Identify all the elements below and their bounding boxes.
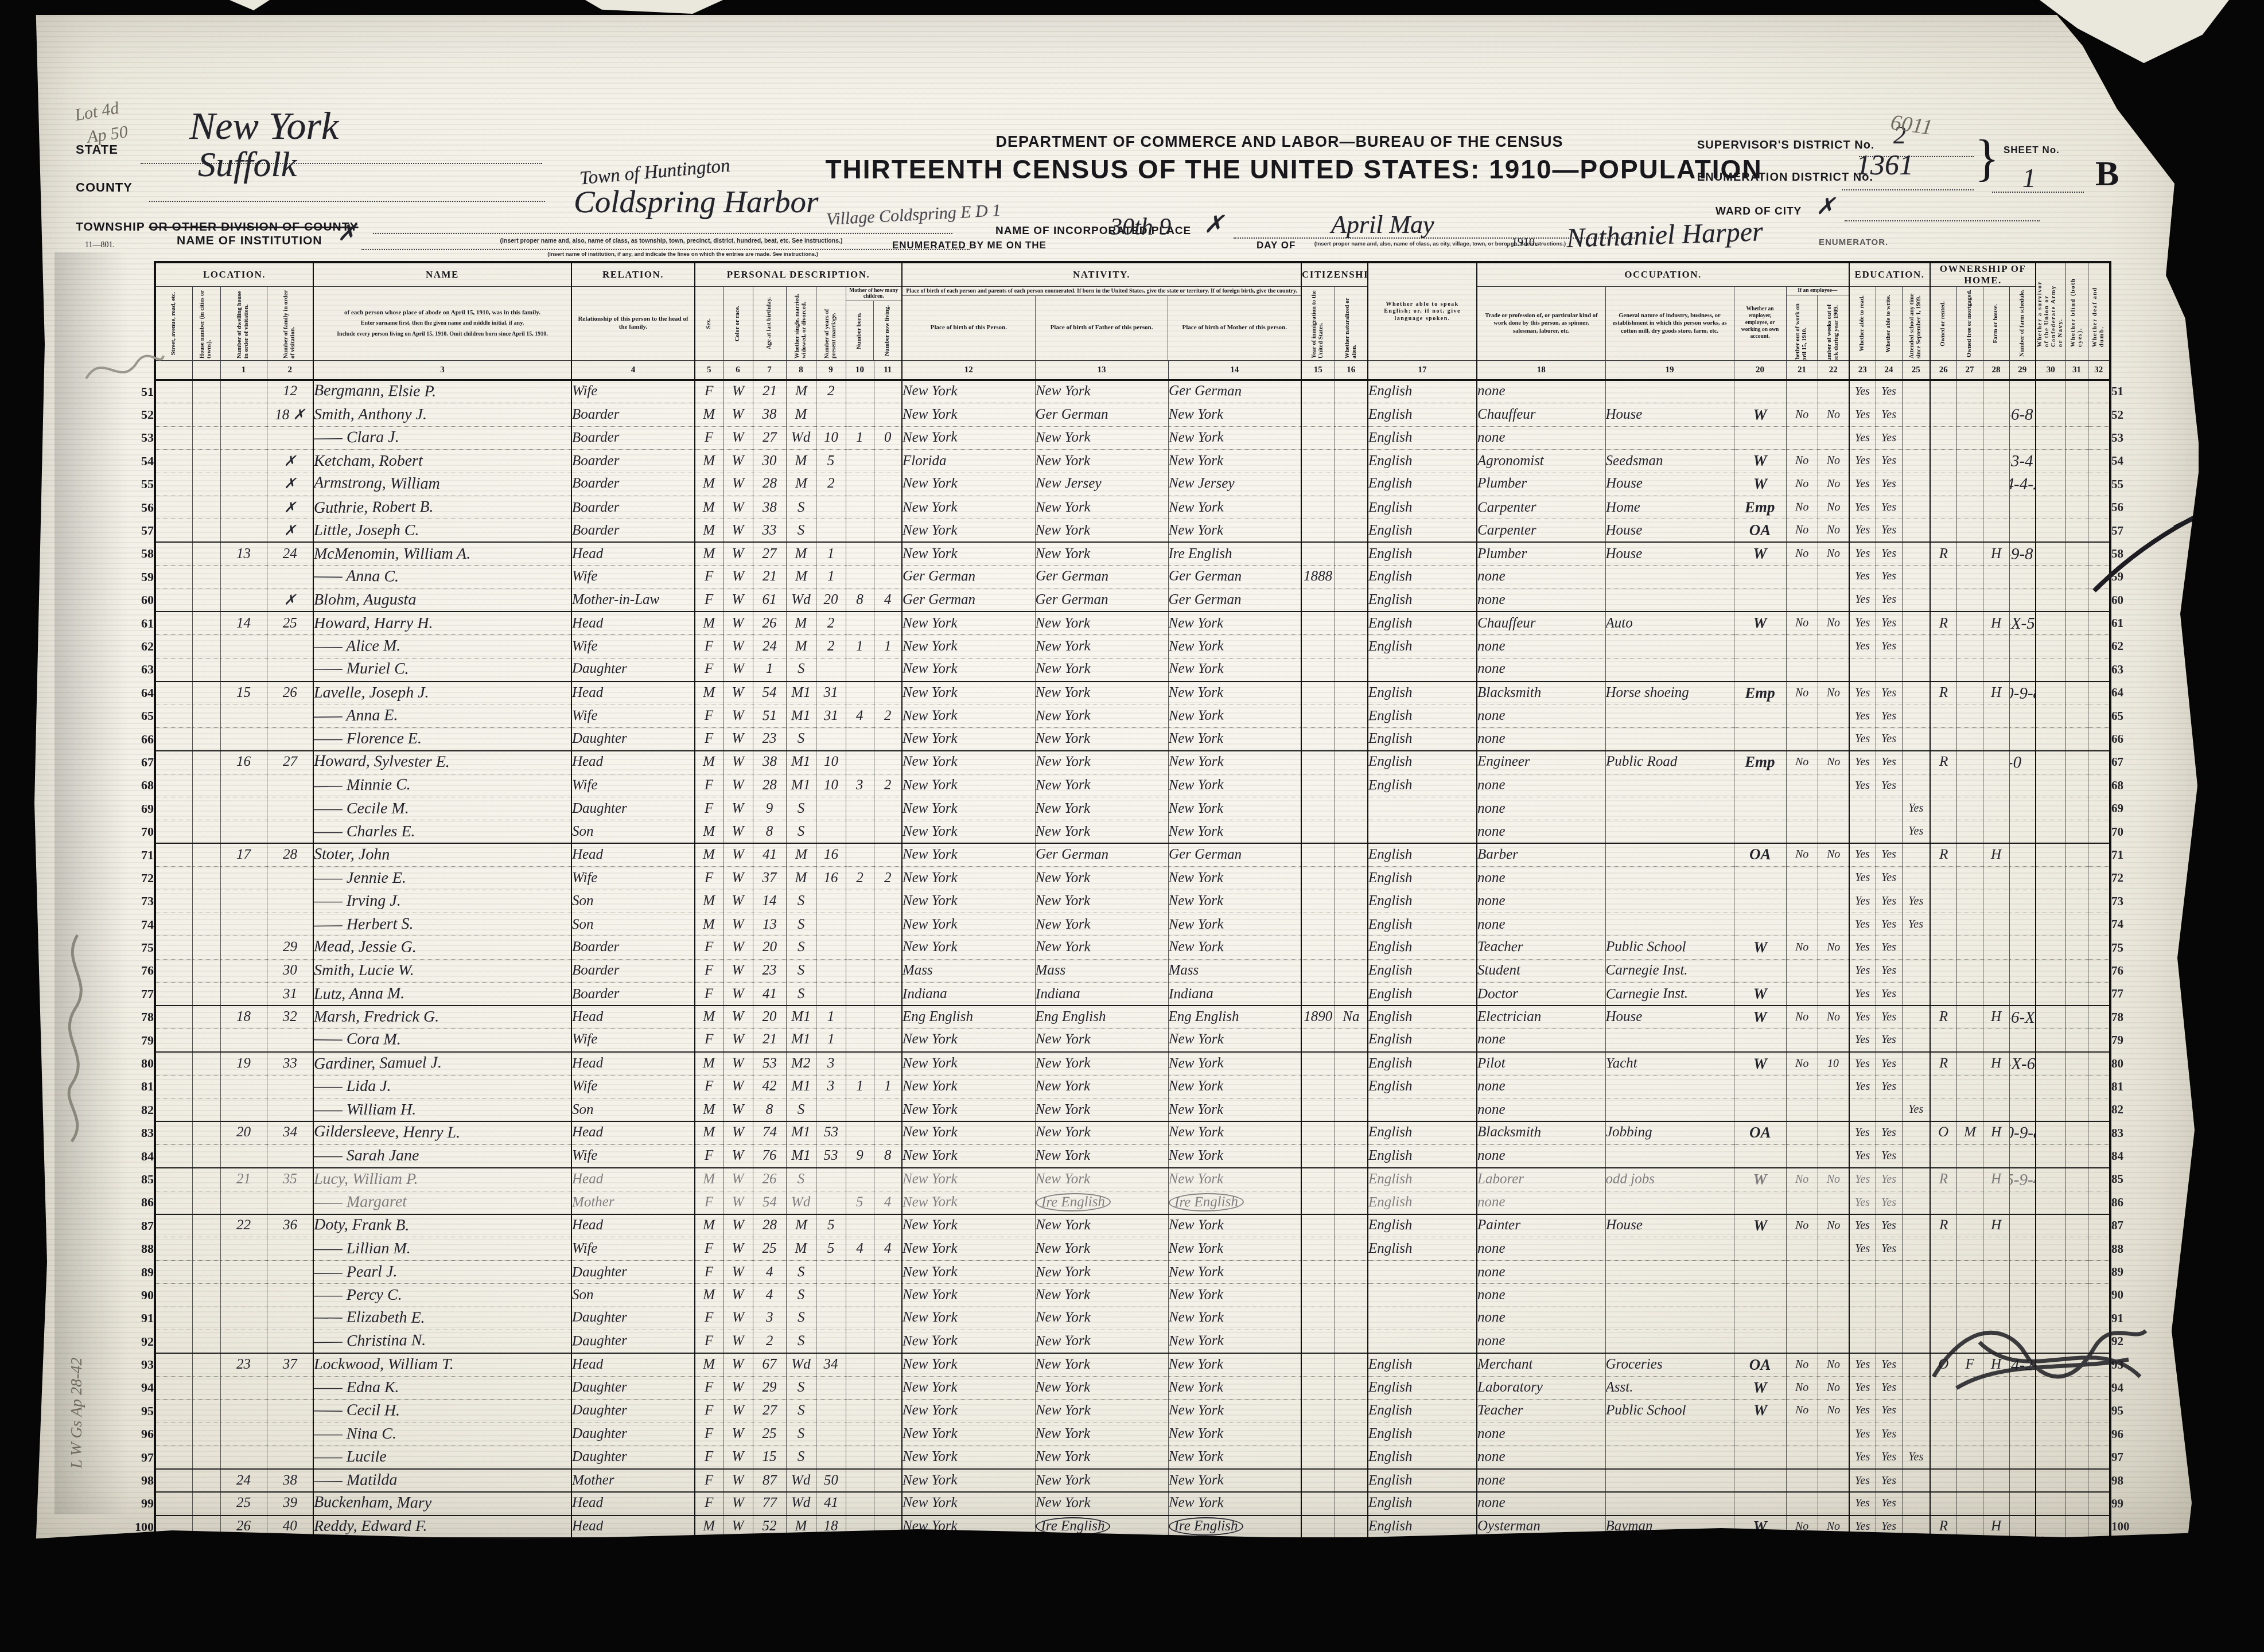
cell-name: Marsh, Fredrick G.: [313, 1006, 571, 1028]
handwritten-entry: No: [1795, 1381, 1808, 1394]
cell-wk: [1818, 1098, 1849, 1121]
cell-hn: [192, 751, 220, 774]
cell-bp: New York: [902, 542, 1035, 565]
cell-co: W: [723, 1168, 753, 1191]
handwritten-entry: —— Herbert S.: [314, 915, 414, 934]
handwritten-entry: Yes: [1855, 593, 1870, 606]
cell-fsn: 9-X-0: [2009, 751, 2036, 774]
handwritten-entry: Yes: [1855, 779, 1870, 792]
cell-oc: none: [1477, 797, 1605, 820]
cell-yr: 1: [816, 542, 846, 565]
cell-fsn: [2009, 727, 2036, 750]
column-number: 13: [1035, 361, 1168, 380]
cell-sc: [1902, 566, 1930, 589]
cell-sv: [2036, 519, 2065, 542]
cell-mo: [1956, 1028, 1983, 1051]
handwritten-entry: English: [1368, 1055, 1413, 1072]
handwritten-entry: English: [1368, 1031, 1413, 1048]
cell-sv: [2036, 589, 2065, 611]
cell-co: W: [723, 867, 753, 890]
line-number: 65: [2110, 704, 2139, 727]
cell-oc: none: [1477, 1423, 1605, 1445]
cell-lg: English: [1368, 681, 1477, 704]
cell-dw: [220, 496, 267, 519]
handwritten-entry: Wife: [572, 1031, 598, 1047]
line-number: 69: [2110, 797, 2139, 820]
column-number: 16: [1335, 361, 1368, 380]
handwritten-entry: W: [732, 1287, 744, 1303]
cell-ma: Wd: [786, 426, 816, 449]
line-number: 56: [123, 496, 155, 519]
cell-ind: Seedsman: [1605, 450, 1734, 473]
handwritten-entry: —— Irving J.: [314, 892, 401, 910]
cell-bpm: New York: [1168, 1168, 1301, 1191]
cell-dw: [220, 983, 267, 1006]
cell-cl: [874, 1121, 902, 1144]
cell-lg: English: [1368, 959, 1477, 982]
cell-fsn: [2009, 1284, 2036, 1307]
handwritten-entry: 37: [763, 870, 777, 886]
cell-ow: [1786, 913, 1818, 936]
handwritten-entry: Yes: [1855, 1080, 1870, 1093]
cell-cl: [874, 1052, 902, 1075]
cell-ind: [1605, 1098, 1734, 1121]
cell-bpf: New York: [1035, 704, 1168, 727]
cell-co: W: [723, 1492, 753, 1515]
cell-bp: Eng English: [902, 1006, 1035, 1028]
cell-name: —— Herbert S.: [313, 913, 571, 936]
cell-dw: [220, 959, 267, 982]
handwritten-entry: Howard, Harry H.: [314, 614, 433, 633]
cell-ho: R: [1930, 611, 1956, 634]
handwritten-entry: English: [1368, 870, 1412, 886]
handwritten-entry: Blacksmith: [1477, 685, 1541, 701]
line-number: 52: [2110, 403, 2139, 426]
handwritten-entry: New York: [1169, 893, 1224, 909]
cell-co: W: [723, 959, 753, 982]
cell-oc: Laboratory: [1477, 1376, 1605, 1399]
cell-fam: [267, 820, 313, 843]
cell-fsn: [2009, 1237, 2036, 1260]
cell-bp: Ger German: [902, 566, 1035, 589]
cell-bl: [2065, 496, 2088, 519]
handwritten-entry: 28: [283, 847, 297, 863]
cell-rel: Wife: [571, 704, 695, 727]
cell-rel: Wife: [571, 1144, 695, 1167]
cell-fh: [1983, 496, 2009, 519]
cell-dw: [220, 797, 267, 820]
cell-rd: Yes: [1849, 704, 1876, 727]
table-row: 56✗Guthrie, Robert B.BoarderMW38SNew Yor…: [123, 496, 2139, 519]
cell-lg: English: [1368, 1028, 1477, 1051]
cell-lg: [1368, 797, 1477, 820]
handwritten-entry: 15: [763, 1449, 777, 1465]
cell-bp: Mass: [902, 959, 1035, 982]
cell-rel: Daughter: [571, 727, 695, 750]
handwritten-entry: Laboratory: [1477, 1380, 1543, 1396]
cell-rel: Boarder: [571, 450, 695, 473]
cell-bp: New York: [902, 611, 1035, 634]
cell-fam: [267, 1098, 313, 1121]
line-number: 64: [123, 681, 155, 704]
cell-im: [1301, 1330, 1335, 1353]
cell-ho: [1930, 1075, 1956, 1098]
cell-fam: 18 ✗: [267, 403, 313, 426]
cell-bpm: New York: [1168, 1400, 1301, 1423]
handwritten-entry: W: [732, 1194, 744, 1210]
handwritten-entry: 38: [283, 1472, 297, 1489]
handwritten-entry: Gardiner, Samuel J.: [314, 1054, 442, 1073]
cell-oc: none: [1477, 658, 1605, 681]
handwritten-entry: Public Road: [1605, 754, 1677, 770]
line-number: 92: [123, 1330, 155, 1353]
handwritten-entry: Horse shoeing: [1606, 685, 1689, 701]
handwritten-entry: New York: [903, 638, 958, 654]
cell-sc: [1902, 380, 1930, 403]
handwritten-entry: —— Anna C.: [314, 567, 399, 586]
cell-na: [1335, 1260, 1368, 1283]
handwritten-entry: Bergmann, Elsie P.: [314, 381, 436, 401]
cell-em: Emp: [1734, 681, 1786, 704]
cell-lg: English: [1368, 867, 1477, 890]
cell-ag: 27: [753, 1400, 786, 1423]
handwritten-entry: New York: [1168, 1402, 1223, 1419]
cell-na: [1335, 1469, 1368, 1492]
cell-ow: [1786, 727, 1818, 750]
col-industry-header: General nature of industry, business, or…: [1605, 287, 1734, 361]
handwritten-entry: none: [1477, 383, 1506, 399]
cell-sv: [2036, 1191, 2065, 1214]
handwritten-entry: No: [1827, 547, 1840, 560]
handwritten-entry: Son: [572, 1102, 594, 1118]
cell-em: [1734, 727, 1786, 750]
handwritten-entry: W: [732, 1495, 744, 1511]
handwritten-entry: Head: [572, 1171, 603, 1187]
cell-cl: [874, 1376, 902, 1399]
handwritten-entry: Yes: [1881, 1451, 1896, 1464]
cell-cl: [874, 890, 902, 913]
cell-mo: [1956, 1492, 1983, 1515]
cell-ho: [1930, 1237, 1956, 1260]
handwritten-entry: New York: [1169, 1241, 1224, 1257]
handwritten-entry: Smith, Anthony J.: [314, 406, 427, 424]
cell-st: [155, 1284, 192, 1307]
cell-bpf: New York: [1035, 1307, 1168, 1330]
cell-sv: [2036, 727, 2065, 750]
handwritten-entry: Yes: [1855, 524, 1870, 537]
cell-sv: [2036, 1237, 2065, 1260]
cell-cb: 3: [846, 774, 874, 797]
cell-wr: Yes: [1876, 1445, 1902, 1468]
cell-sv: [2036, 704, 2065, 727]
cell-rel: Son: [571, 1098, 695, 1121]
cell-wr: Yes: [1876, 936, 1902, 959]
cell-na: [1335, 589, 1368, 611]
cell-ow: [1786, 1307, 1818, 1330]
cell-lg: English: [1368, 1353, 1477, 1376]
cell-oc: none: [1477, 1307, 1605, 1330]
cell-ma: S: [786, 797, 816, 820]
cell-sc: [1902, 1006, 1930, 1028]
cell-sx: M: [695, 473, 723, 496]
cell-cb: 1: [846, 635, 874, 658]
handwritten-entry: Wd: [791, 592, 810, 608]
handwritten-entry: 10: [823, 430, 838, 446]
form-number: 11—801.: [85, 241, 115, 250]
cell-bl: [2065, 473, 2088, 496]
handwritten-entry: 5: [856, 1194, 863, 1210]
handwritten-entry: 8: [766, 1102, 773, 1118]
cell-bpm: New York: [1168, 797, 1301, 820]
cell-yr: 2: [816, 635, 846, 658]
cell-sc: [1902, 542, 1930, 565]
county-line: [149, 201, 545, 202]
cell-df: [2088, 380, 2110, 403]
cell-sc: Yes: [1902, 890, 1930, 913]
cell-ow: No: [1786, 1168, 1818, 1191]
cell-ag: 20: [753, 1006, 786, 1028]
cell-ind: House: [1605, 1006, 1734, 1028]
handwritten-entry: Yes: [1855, 1520, 1870, 1533]
cell-fh: [1983, 1144, 2009, 1167]
cell-bp: New York: [902, 867, 1035, 890]
line-number: 78: [2110, 1006, 2139, 1028]
handwritten-entry: 22: [236, 1217, 251, 1233]
handwritten-entry: New York: [1168, 939, 1223, 956]
cell-name: —— William H.: [313, 1098, 571, 1121]
handwritten-entry: Emp: [1745, 498, 1775, 517]
handwritten-entry: 28: [762, 1217, 776, 1233]
cell-ho: [1930, 589, 1956, 611]
table-row: 82—— William H.SonMW8SNew YorkNew YorkNe…: [123, 1098, 2139, 1121]
handwritten-entry: Lutz, Anna M.: [314, 984, 404, 1004]
handwritten-entry: New York: [1035, 754, 1090, 770]
cell-st: [155, 519, 192, 542]
handwritten-entry: W: [732, 870, 744, 886]
cell-ow: [1786, 635, 1818, 658]
handwritten-entry: Head: [572, 1009, 603, 1025]
cell-fh: H: [1983, 1052, 2009, 1075]
cell-fh: [1983, 820, 2009, 843]
cell-dw: [220, 1075, 267, 1098]
cell-fsn: [2009, 1469, 2036, 1492]
cell-sv: [2036, 1423, 2065, 1445]
township-label-part2: OR OTHER DIVISION OF COUNTY: [149, 220, 358, 233]
cell-name: —— Alice M.: [313, 635, 571, 658]
cell-rd: Yes: [1849, 1400, 1876, 1423]
handwritten-entry: No: [1827, 501, 1841, 514]
cell-fam: 27: [267, 751, 313, 774]
handwritten-entry: New York: [903, 1380, 958, 1396]
cell-cb: 5: [846, 1191, 874, 1214]
cell-em: W: [1734, 542, 1786, 565]
handwritten-entry: New York: [1168, 754, 1223, 770]
handwritten-entry: 25: [236, 1495, 251, 1511]
cell-sc: [1902, 727, 1930, 750]
cell-mo: [1956, 774, 1983, 797]
handwritten-entry: 15: [236, 685, 251, 701]
cell-rel: Boarder: [571, 496, 695, 519]
cell-im: [1301, 426, 1335, 449]
handwritten-entry: English: [1368, 1518, 1412, 1534]
cell-name: —— Nina C.: [313, 1423, 571, 1445]
cell-sv: [2036, 959, 2065, 982]
cell-ind: [1605, 890, 1734, 913]
column-number: 21: [1786, 361, 1818, 380]
cell-co: W: [723, 1469, 753, 1492]
handwritten-entry: M1: [791, 708, 811, 724]
handwritten-entry: New York: [903, 1402, 958, 1419]
cell-em: [1734, 1144, 1786, 1167]
cell-bpm: New York: [1168, 820, 1301, 843]
handwritten-entry: 2: [827, 476, 835, 492]
handwritten-entry: Yes: [1855, 940, 1870, 953]
cell-ma: Wd: [786, 1191, 816, 1214]
cell-ow: [1786, 797, 1818, 820]
handwritten-entry: 38: [763, 407, 777, 423]
cell-ind: Public School: [1605, 936, 1734, 959]
cell-wk: [1818, 1307, 1849, 1330]
cell-mo: [1956, 704, 1983, 727]
cell-name: —— Florence E.: [313, 727, 571, 750]
cell-yr: [816, 658, 846, 681]
handwritten-entry: Yes: [1855, 1474, 1870, 1487]
handwritten-entry: —— Lillian M.: [314, 1240, 411, 1258]
handwritten-entry: No: [1795, 617, 1808, 630]
handwritten-entry: 30: [283, 963, 297, 979]
cell-ind: Yacht: [1605, 1052, 1734, 1075]
handwritten-entry: Yes: [1881, 895, 1896, 908]
cell-wr: [1876, 1260, 1902, 1283]
cell-na: [1335, 635, 1368, 658]
cell-bpm: New York: [1168, 450, 1301, 473]
handwritten-entry: New York: [903, 1031, 958, 1048]
cell-ind: [1605, 658, 1734, 681]
handwritten-entry: none: [1477, 1472, 1506, 1489]
cell-sx: F: [695, 1237, 723, 1260]
cell-bp: New York: [902, 1098, 1035, 1121]
cell-na: [1335, 727, 1368, 750]
handwritten-entry: Ire English: [1168, 1193, 1243, 1211]
col-years-married-header: Number of years of present marriage.: [816, 287, 846, 361]
group-header-row: LOCATION. NAME RELATION. PERSONAL DESCRI…: [123, 262, 2139, 287]
cell-mo: [1956, 983, 1983, 1006]
cell-bpm: New York: [1168, 1214, 1301, 1237]
cell-cl: 8: [874, 1144, 902, 1167]
cell-yr: 31: [816, 681, 846, 704]
cell-rel: Boarder: [571, 519, 695, 542]
cell-oc: Painter: [1477, 1214, 1605, 1237]
cell-na: [1335, 1237, 1368, 1260]
cell-bp: New York: [902, 1191, 1035, 1214]
cell-bpf: New York: [1035, 1121, 1168, 1144]
cell-rd: [1849, 1098, 1876, 1121]
cell-lg: [1368, 1330, 1477, 1353]
handwritten-entry: New York: [1035, 1310, 1090, 1326]
cell-name: —— Anna E.: [313, 704, 571, 727]
handwritten-entry: none: [1477, 1264, 1506, 1280]
cell-ma: M2: [786, 1052, 816, 1075]
handwritten-entry: House: [1606, 546, 1643, 562]
cell-rel: Wife: [571, 774, 695, 797]
handwritten-entry: M: [795, 568, 807, 585]
handwritten-entry: New York: [1169, 453, 1224, 469]
cell-ag: 14: [753, 890, 786, 913]
cell-fam: [267, 1260, 313, 1283]
handwritten-entry: Lockwood, William T.: [314, 1355, 454, 1374]
handwritten-entry: W: [732, 963, 744, 979]
cell-bpm: New York: [1168, 496, 1301, 519]
handwritten-entry: Little, Joseph C.: [314, 521, 419, 540]
cell-rd: Yes: [1849, 751, 1876, 774]
cell-name: Lutz, Anna M.: [313, 983, 571, 1006]
handwritten-entry: New York: [903, 615, 958, 632]
cell-wr: Yes: [1876, 1353, 1902, 1376]
handwritten-entry: Yes: [1881, 710, 1896, 723]
cell-dw: [220, 1423, 267, 1445]
cell-fh: H: [1983, 681, 2009, 704]
cell-bl: [2065, 1098, 2088, 1121]
handwritten-entry: H: [1991, 546, 2001, 562]
cell-name: —— Muriel C.: [313, 658, 571, 681]
cell-sv: [2036, 658, 2065, 681]
cell-ho: [1930, 774, 1956, 797]
cell-wr: [1876, 658, 1902, 681]
cell-st: [155, 1098, 192, 1121]
cell-dw: [220, 380, 267, 403]
handwritten-entry: F: [705, 1148, 713, 1164]
cell-ag: 54: [753, 681, 786, 704]
line-number: 71: [123, 843, 155, 866]
cell-co: W: [723, 890, 753, 913]
cell-dw: 22: [220, 1214, 267, 1237]
cell-na: [1335, 1075, 1368, 1098]
cell-ma: M1: [786, 1075, 816, 1098]
cell-fam: [267, 913, 313, 936]
handwritten-entry: Yes: [1855, 408, 1870, 422]
cell-bpf: New York: [1035, 635, 1168, 658]
cell-em: [1734, 959, 1786, 982]
cell-em: [1734, 1191, 1786, 1214]
cell-ind: [1605, 1423, 1734, 1445]
handwritten-entry: ✗: [284, 591, 296, 609]
cell-dw: [220, 1144, 267, 1167]
cell-st: [155, 774, 192, 797]
cell-yr: [816, 1260, 846, 1283]
handwritten-entry: M: [1964, 1124, 1976, 1140]
cell-oc: none: [1477, 867, 1605, 890]
cell-fh: [1983, 1469, 2009, 1492]
cell-ind: [1605, 843, 1734, 866]
cell-bp: New York: [902, 1445, 1035, 1468]
cell-rd: [1849, 1330, 1876, 1353]
cell-ow: [1786, 1237, 1818, 1260]
handwritten-entry: No: [1827, 524, 1840, 537]
cell-em: W: [1734, 1400, 1786, 1423]
handwritten-entry: New York: [1035, 777, 1090, 794]
handwritten-entry: Carnegie Inst.: [1605, 985, 1687, 1002]
cell-sx: F: [695, 566, 723, 589]
cell-sx: M: [695, 1121, 723, 1144]
cell-ag: 23: [753, 727, 786, 750]
cell-ow: No: [1786, 1052, 1818, 1075]
cell-mo: [1956, 959, 1983, 982]
cell-ow: No: [1786, 1376, 1818, 1399]
cell-rel: Daughter: [571, 1376, 695, 1399]
cell-wk: [1818, 380, 1849, 403]
cell-sc: Yes: [1902, 913, 1930, 936]
handwritten-entry: M: [703, 1055, 715, 1072]
